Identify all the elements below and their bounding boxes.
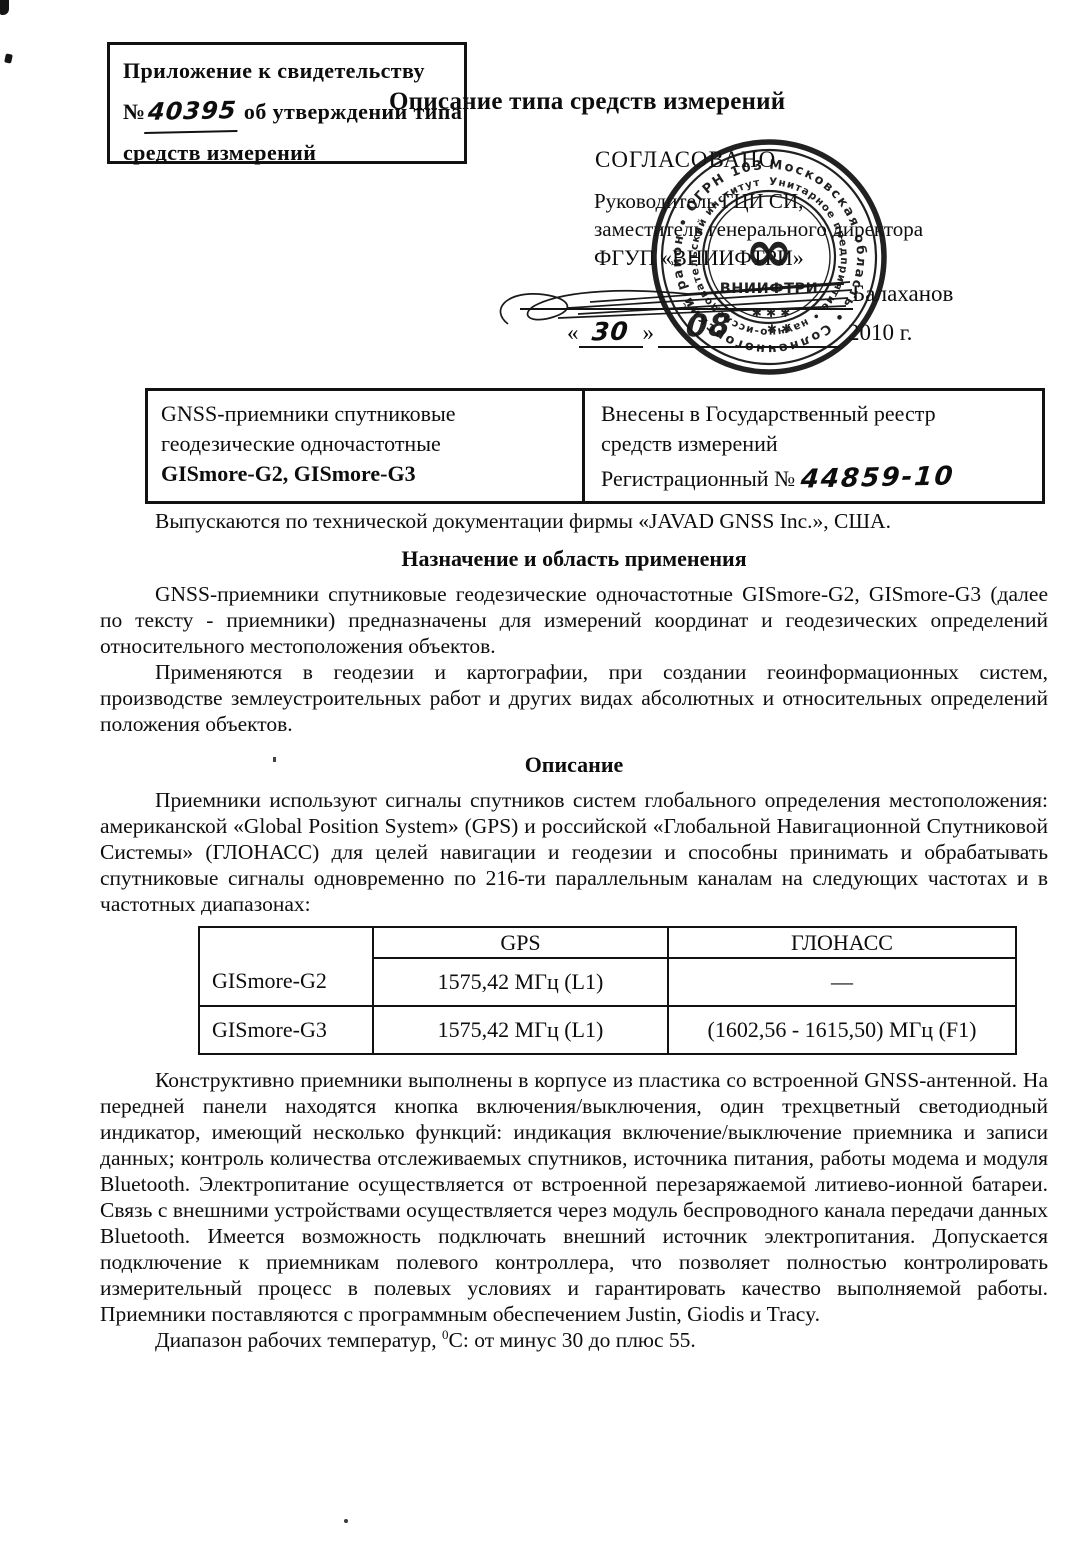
quote-open: « xyxy=(567,320,579,345)
intro-paragraph: Выпускаются по технической документации … xyxy=(100,508,1048,534)
frequency-table: GISmore-G2 GPS ГЛОНАСС 1575,42 МГц (L1) … xyxy=(198,926,1017,1055)
document-body: Выпускаются по технической документации … xyxy=(100,508,1048,1353)
scan-artifact xyxy=(344,1519,348,1523)
registry-table-registry-cell: Внесены в Государственный реестр средств… xyxy=(585,391,1042,501)
gps-frequency-cell: 1575,42 МГц (L1) xyxy=(373,1006,668,1054)
section-heading-description: Описание xyxy=(100,752,1048,778)
date-day-handwritten: 30 xyxy=(591,317,630,347)
annex-line-1: Приложение к свидетельству xyxy=(123,51,464,91)
model-cell: GISmore-G2 xyxy=(199,927,373,1006)
temperature-range-line: Диапазон рабочих температур, 0С: от мину… xyxy=(100,1327,1048,1353)
device-models: GISmore-G2, GISmore-G3 xyxy=(161,459,582,489)
registry-table-device-cell: GNSS-приемники спутниковые геодезические… xyxy=(148,391,585,501)
round-seal-stamp: Московская область • Солнечногорский рай… xyxy=(649,137,889,377)
column-header-glonass: ГЛОНАСС xyxy=(668,927,1016,958)
stamp-stars: ✱ ✱ ✱ xyxy=(752,306,791,320)
scanned-document-page: Приложение к свидетельству №40395 об утв… xyxy=(0,0,1092,1560)
purpose-paragraph-1: GNSS-приемники спутниковые геодезические… xyxy=(100,581,1048,659)
registry-table: GNSS-приемники спутниковые геодезические… xyxy=(145,388,1045,504)
certificate-number-handwritten: 40395 xyxy=(144,90,240,134)
section-heading-purpose: Назначение и область применения xyxy=(100,546,1048,572)
number-sign: № xyxy=(123,99,146,124)
registration-number-label: Регистрационный № xyxy=(601,466,801,491)
gps-frequency-cell: 1575,42 МГц (L1) xyxy=(373,958,668,1006)
construction-paragraph: Конструктивно приемники выполнены в корп… xyxy=(100,1067,1048,1327)
model-cell: GISmore-G3 xyxy=(199,1006,373,1054)
device-type-line-1: GNSS-приемники спутниковые xyxy=(161,399,582,429)
glonass-frequency-cell: — xyxy=(668,958,1016,1006)
registration-number-line: Регистрационный № 44859-10 xyxy=(601,463,1042,494)
device-type-line-2: геодезические одночастотные xyxy=(161,429,582,459)
description-paragraph-1: Приемники используют сигналы спутников с… xyxy=(100,787,1048,917)
stamp-stars: ✱ ✱ xyxy=(767,322,791,336)
table-row: GISmore-G3 1575,42 МГц (L1) (1602,56 - 1… xyxy=(199,1006,1016,1054)
annex-line-3: средств измерений xyxy=(123,133,464,173)
column-header-gps: GPS xyxy=(373,927,668,958)
stamp-logo-icon: ∞ xyxy=(745,217,793,285)
date-day-underline: 30 xyxy=(579,317,643,348)
registration-number-handwritten: 44859-10 xyxy=(799,461,955,494)
scan-artifact xyxy=(4,53,13,63)
purpose-paragraph-2: Применяются в геодезии и картографии, пр… xyxy=(100,659,1048,737)
stamp-center-text: ВНИИФТРИ xyxy=(720,281,819,297)
registry-line-1: Внесены в Государственный реестр xyxy=(601,399,1042,429)
page-title: Описание типа средств измерений xyxy=(389,88,785,116)
registry-line-2: средств измерений xyxy=(601,429,1042,459)
glonass-frequency-cell: (1602,56 - 1615,50) МГц (F1) xyxy=(668,1006,1016,1054)
table-row: GISmore-G2 GPS ГЛОНАСС xyxy=(199,927,1016,958)
scan-artifact xyxy=(0,0,9,15)
